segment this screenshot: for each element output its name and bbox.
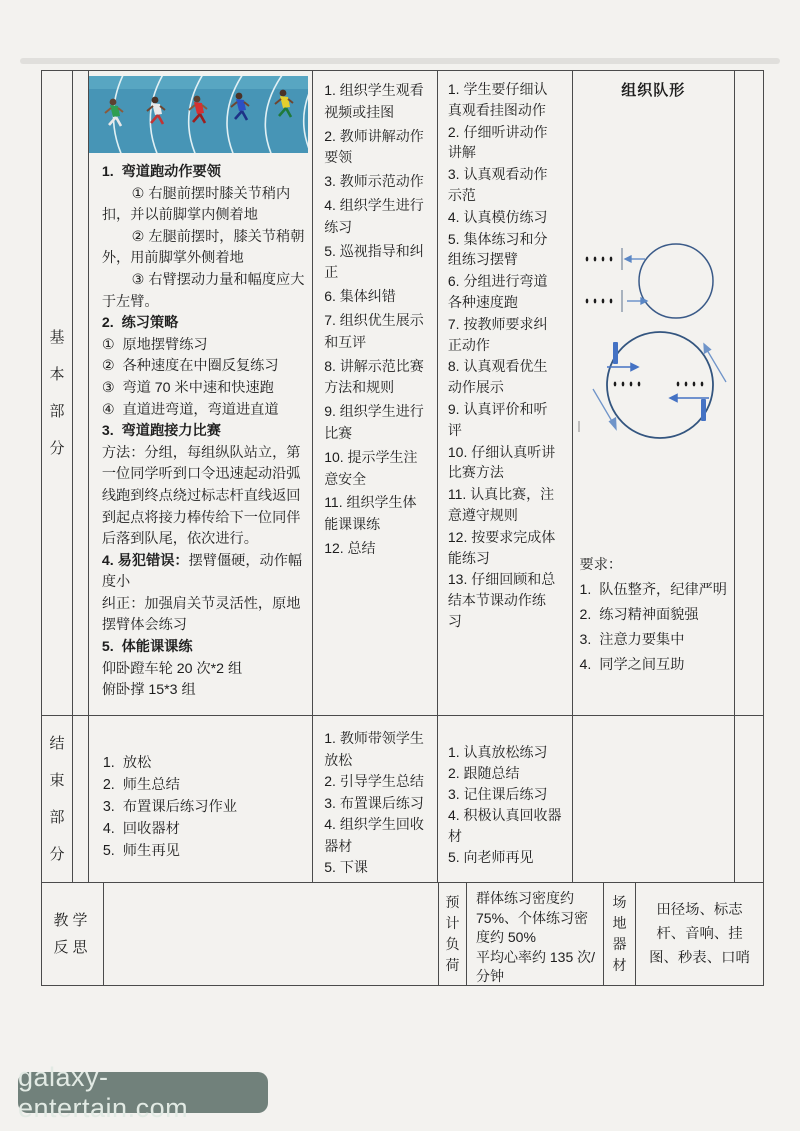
arrow-left-icon <box>625 256 645 262</box>
list-item: 1. 教师带领学生放松 <box>324 728 429 771</box>
list-item: 13. 仔细回顾和总结本节课动作练习 <box>448 569 560 631</box>
list-item: 方法：分组，每组纵队站立，第一位同学听到口令迅速起动沿弧线跑到终点绕过标志杆直线… <box>102 443 305 551</box>
list-item: 9. 组织学生进行比赛 <box>324 401 427 445</box>
list-item: 9. 认真评价和听评 <box>448 399 560 441</box>
list-item: 4. 同学之间互助 <box>580 653 732 678</box>
cell-equipment-label: 场地器材 <box>604 883 636 985</box>
list-item: 2. 跟随总结 <box>448 763 562 784</box>
list-item: 8. 认真观看优生动作展示 <box>448 356 560 398</box>
list-item: 8. 讲解示范比赛方法和规则 <box>324 356 427 400</box>
list-item: 7. 组织优生展示和互评 <box>324 310 427 354</box>
list-item: 5. 巡视指导和纠正 <box>324 241 427 285</box>
list-item: 3. 记住课后练习 <box>448 784 562 805</box>
spacer-column-right <box>735 716 763 882</box>
spacer-column-right <box>735 71 763 715</box>
list-item: ③ 弯道 70 米中速和快速跑 <box>102 378 305 400</box>
cell-organization-formation: 组织队形 <box>573 71 736 715</box>
error-label: 4. 易犯错误： <box>102 553 189 569</box>
list-item: 1. 队伍整齐，纪律严明 <box>580 578 732 603</box>
equipment-label-text: 场地器材 <box>612 892 628 976</box>
cell-load-label: 预计负荷 <box>439 883 467 985</box>
cell-basic-student-activities: 1. 学生要仔细认真观看挂图动作2. 仔细听讲动作讲解3. 认真观看动作示范4.… <box>438 71 573 715</box>
scan-artifact-line <box>20 58 780 64</box>
list-item: 4. 回收器材 <box>103 818 304 840</box>
cell-basic-teacher-activities: 1. 组织学生观看视频或挂图2. 教师讲解动作要领3. 教师示范动作4. 组织学… <box>313 71 438 715</box>
section-label-basic: 基本部分 <box>42 71 73 715</box>
list-item: 2. 练习策略 <box>102 313 305 335</box>
formation-diagram <box>573 236 736 456</box>
list-item: ① 右腿前摆时膝关节稍内扣，并以前脚掌内侧着地 <box>102 184 305 227</box>
cell-ending-content: 1. 放松2. 师生总结3. 布置课后练习作业4. 回收器材5. 师生再见 <box>89 716 313 882</box>
content-list: 1. 弯道跑动作要领① 右腿前摆时膝关节稍内扣，并以前脚掌内侧着地② 左腿前摆时… <box>102 162 305 551</box>
requirements-label: 要求： <box>580 553 732 578</box>
list-item: 1. 学生要仔细认真观看挂图动作 <box>448 79 560 121</box>
list-item: 1. 组织学生观看视频或挂图 <box>324 80 427 124</box>
list-item: ② 左腿前摆时，膝关节稍朝外，用前脚掌外侧着地 <box>102 227 305 270</box>
student-dots-inside-right <box>676 382 703 387</box>
list-item: 4. 认真模仿练习 <box>448 207 560 228</box>
reflection-label-text: 教学反思 <box>52 907 94 961</box>
list-item: 俯卧撑 15*3 组 <box>102 680 305 702</box>
list-item: 11. 认真比赛，注意遵守规则 <box>448 484 560 526</box>
list-item: 5. 集体练习和分组练习摆臂 <box>448 229 560 271</box>
list-item: ② 各种速度在中圈反复练习 <box>102 356 305 378</box>
marker-post-left <box>613 342 618 364</box>
list-item: 平均心率约 135 次/分钟 <box>476 948 597 985</box>
fix-line: 纠正：加强肩关节灵活性，原地摆臂体会练习 <box>102 594 305 637</box>
section-label-ending: 结束部分 <box>42 716 73 882</box>
runners-photo <box>89 76 308 153</box>
requirements-block: 要求： 1. 队伍整齐，纪律严明2. 练习精神面貌强3. 注意力要集中4. 同学… <box>580 553 732 678</box>
list-item: 12. 按要求完成体能练习 <box>448 527 560 569</box>
list-item: ① 原地摆臂练习 <box>102 335 305 357</box>
list-item: 4. 组织学生进行练习 <box>324 195 427 239</box>
list-item: 12. 总结 <box>324 538 427 560</box>
row-bottom: 教学反思 预计负荷 群体练习密度约 75%、个体练习密度约 50%平均心率约 1… <box>42 883 763 985</box>
list-item: 2. 仔细听讲动作讲解 <box>448 122 560 164</box>
cell-ending-student-activities: 1. 认真放松练习2. 跟随总结3. 记住课后练习4. 积极认真回收器材5. 向… <box>438 716 573 882</box>
spacer-column-left <box>73 716 89 882</box>
lesson-plan-table: 基本部分 <box>41 70 764 986</box>
cell-load-text: 群体练习密度约 75%、个体练习密度约 50%平均心率约 135 次/分钟 <box>467 883 604 985</box>
circle-track-small <box>639 244 713 318</box>
list-item: 10. 仔细认真听讲比赛方法 <box>448 442 560 484</box>
error-line: 4. 易犯错误：摆臂僵硬，动作幅度小 <box>102 551 305 594</box>
basic-content-text: 1. 弯道跑动作要领① 右腿前摆时膝关节稍内扣，并以前脚掌内侧着地② 左腿前摆时… <box>89 162 312 702</box>
list-item: 7. 按教师要求纠正动作 <box>448 314 560 356</box>
list-item: 5. 下课 <box>324 857 429 879</box>
student-dots-row-1 <box>585 257 612 262</box>
cell-reflection-area <box>104 883 439 985</box>
list-item: 6. 分组进行弯道各种速度跑 <box>448 271 560 313</box>
marker-post-right <box>701 399 706 421</box>
list-item: 3. 认真观看动作示范 <box>448 164 560 206</box>
fitness-heading: 5. 体能课课练 <box>102 637 305 659</box>
list-item: 2. 教师讲解动作要领 <box>324 126 427 170</box>
cell-reflection-label: 教学反思 <box>42 883 104 985</box>
cell-ending-teacher-activities: 1. 教师带领学生放松2. 引导学生总结3. 布置课后练习4. 组织学生回收器材… <box>313 716 438 882</box>
section-label-ending-text: 结束部分 <box>48 725 65 873</box>
section-label-basic-text: 基本部分 <box>48 319 65 467</box>
list-item: 5. 向老师再见 <box>448 847 562 868</box>
student-dots-row-2 <box>585 299 612 304</box>
fitness-list: 仰卧蹬车轮 20 次*2 组俯卧撑 15*3 组 <box>102 659 305 702</box>
row-basic-part: 基本部分 <box>42 71 763 716</box>
list-item: 3. 布置课后练习 <box>324 793 429 815</box>
watermark-badge: galaxy-entertain.com <box>18 1072 268 1113</box>
cell-equipment-text: 田径场、标志杆、音响、挂图、秒表、口哨 <box>636 883 763 985</box>
list-item: 仰卧蹬车轮 20 次*2 组 <box>102 659 305 681</box>
list-item: 6. 集体纠错 <box>324 286 427 308</box>
list-item: 3. 教师示范动作 <box>324 171 427 193</box>
cell-basic-content: 1. 弯道跑动作要领① 右腿前摆时膝关节稍内扣，并以前脚掌内侧着地② 左腿前摆时… <box>89 71 313 715</box>
list-item: 5. 师生再见 <box>103 840 304 862</box>
requirements-list: 1. 队伍整齐，纪律严明2. 练习精神面貌强3. 注意力要集中4. 同学之间互助 <box>580 578 732 678</box>
list-item: 1. 弯道跑动作要领 <box>102 162 305 184</box>
list-item: 11. 组织学生体能课课练 <box>324 492 427 536</box>
list-item: 3. 注意力要集中 <box>580 628 732 653</box>
list-item: 2. 引导学生总结 <box>324 771 429 793</box>
list-item: 10. 提示学生注意安全 <box>324 447 427 491</box>
list-item: 4. 组织学生回收器材 <box>324 814 429 857</box>
list-item: 群体练习密度约 75%、个体练习密度约 50% <box>476 889 597 948</box>
list-item: 4. 积极认真回收器材 <box>448 805 562 847</box>
list-item: 3. 布置课后练习作业 <box>103 796 304 818</box>
list-item: 1. 放松 <box>103 752 304 774</box>
list-item: ④ 直道进弯道，弯道进直道 <box>102 400 305 422</box>
organization-title: 组织队形 <box>573 71 735 100</box>
load-label-text: 预计负荷 <box>445 892 461 976</box>
list-item: 3. 弯道跑接力比赛 <box>102 421 305 443</box>
list-item: ③ 右臂摆动力量和幅度应大于左臂。 <box>102 270 305 313</box>
arrow-right-icon <box>627 298 647 304</box>
equipment-text: 田径场、标志杆、音响、挂图、秒表、口哨 <box>636 898 763 970</box>
student-dots-inside-left <box>613 382 640 387</box>
row-ending-part: 结束部分 1. 放松2. 师生总结3. 布置课后练习作业4. 回收器材5. 师生… <box>42 716 763 883</box>
list-item: 2. 练习精神面貌强 <box>580 603 732 628</box>
spacer-column-left <box>73 71 89 715</box>
list-item: 1. 认真放松练习 <box>448 742 562 763</box>
cell-ending-organization <box>573 716 736 882</box>
list-item: 2. 师生总结 <box>103 774 304 796</box>
